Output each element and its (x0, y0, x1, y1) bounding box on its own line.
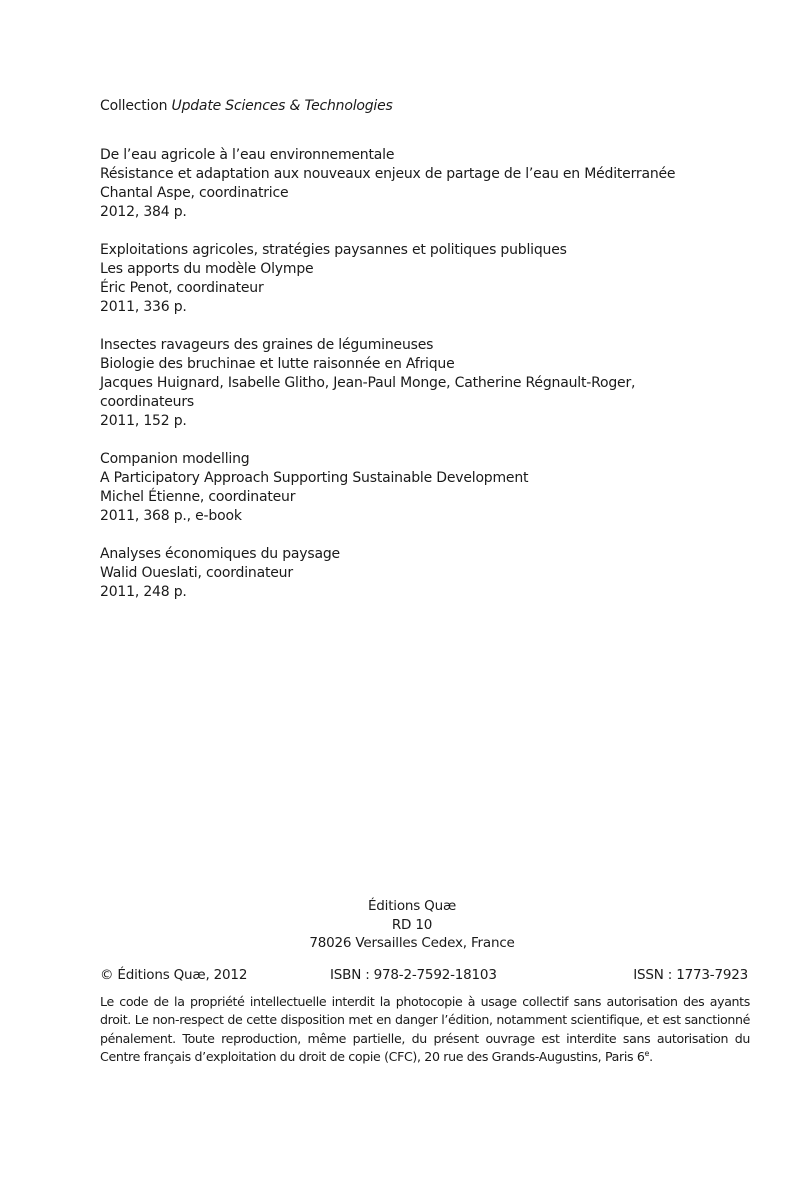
book-entry: Companion modelling A Participatory Appr… (100, 450, 760, 526)
book-subtitle: Biologie des bruchinae et lutte raisonné… (100, 355, 760, 374)
collection-name: Update Sciences & Technologies (172, 98, 393, 114)
book-entry: Analyses économiques du paysage Walid Ou… (100, 545, 760, 602)
publisher-address-line2: 78026 Versailles Cedex, France (0, 934, 800, 953)
book-authors-continued: coordinateurs (100, 393, 760, 412)
book-title: Insectes ravageurs des graines de légumi… (100, 336, 760, 355)
book-title: De l’eau agricole à l’eau environnementa… (100, 146, 760, 165)
book-authors: Walid Oueslati, coordinateur (100, 564, 760, 583)
book-details: 2011, 248 p. (100, 583, 760, 602)
book-subtitle: Les apports du modèle Olympe (100, 260, 760, 279)
book-entry: De l’eau agricole à l’eau environnementa… (100, 146, 760, 222)
isbn: ISBN : 978-2-7592-18103 (330, 966, 497, 984)
copyright-page: Collection Update Sciences & Technologie… (0, 0, 800, 1200)
legal-notice-end: . (649, 1049, 653, 1064)
legal-notice: Le code de la propriété intellectuelle i… (100, 993, 750, 1067)
book-entry: Exploitations agricoles, stratégies pays… (100, 241, 760, 317)
copyright-notice: © Éditions Quæ, 2012 (100, 966, 247, 984)
book-subtitle: A Participatory Approach Supporting Sust… (100, 469, 760, 488)
book-list: De l’eau agricole à l’eau environnementa… (100, 146, 760, 621)
collection-prefix: Collection (100, 98, 167, 114)
book-title: Exploitations agricoles, stratégies pays… (100, 241, 760, 260)
issn: ISSN : 1773-7923 (633, 966, 748, 984)
book-subtitle: Résistance et adaptation aux nouveaux en… (100, 165, 760, 184)
book-title: Analyses économiques du paysage (100, 545, 760, 564)
book-title: Companion modelling (100, 450, 760, 469)
book-details: 2011, 336 p. (100, 298, 760, 317)
publisher-address-line1: RD 10 (0, 916, 800, 935)
book-authors: Éric Penot, coordinateur (100, 279, 760, 298)
book-authors: Jacques Huignard, Isabelle Glitho, Jean-… (100, 374, 760, 393)
book-authors: Michel Étienne, coordinateur (100, 488, 760, 507)
book-entry: Insectes ravageurs des graines de légumi… (100, 336, 760, 431)
book-details: 2012, 384 p. (100, 203, 760, 222)
collection-heading: Collection Update Sciences & Technologie… (100, 97, 393, 116)
book-details: 2011, 152 p. (100, 412, 760, 431)
book-authors: Chantal Aspe, coordinatrice (100, 184, 760, 203)
publisher-name: Éditions Quæ (0, 897, 800, 916)
publisher-address: Éditions Quæ RD 10 78026 Versailles Cede… (0, 897, 800, 953)
book-details: 2011, 368 p., e-book (100, 507, 760, 526)
